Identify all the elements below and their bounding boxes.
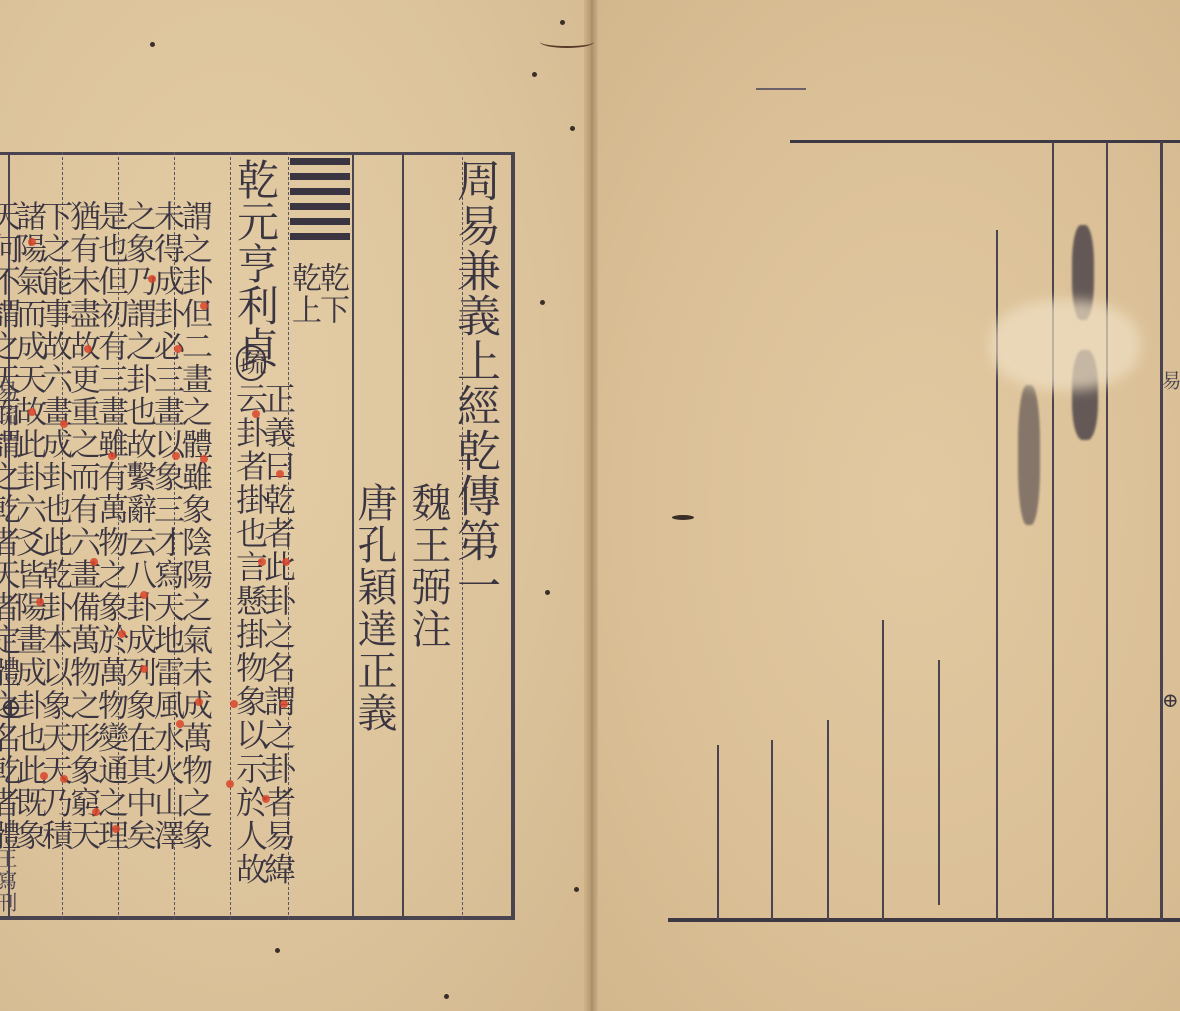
ink-smudge: [1018, 385, 1040, 525]
red-punctuation-dot: [140, 665, 148, 673]
red-punctuation-dot: [60, 420, 68, 428]
red-punctuation-dot: [176, 720, 184, 728]
paper-speck: [560, 20, 565, 25]
red-punctuation-dot: [282, 558, 290, 566]
right-margin-label: 易: [1160, 370, 1180, 392]
red-punctuation-dot: [276, 470, 284, 478]
column-rule: [882, 620, 884, 920]
commentary-marker: 疏: [236, 345, 266, 381]
book-gutter: [584, 0, 598, 1011]
fishtail-ornament-icon: ⊕: [1162, 690, 1179, 710]
column-rule: [938, 660, 940, 905]
fishtail-ornament-icon: ⊕: [0, 695, 22, 721]
body-column-4: 未得成卦必三畫以象三才寫天地雷風水火山澤: [150, 200, 181, 852]
paper-repair-stain: [990, 300, 1140, 390]
red-punctuation-dot: [230, 700, 238, 708]
red-punctuation-dot: [140, 591, 148, 599]
paper-speck: [275, 948, 280, 953]
red-punctuation-dot: [174, 345, 182, 353]
trigram-upper: 乾上: [288, 262, 318, 326]
red-punctuation-dot: [118, 630, 126, 638]
red-punctuation-dot: [36, 598, 44, 606]
red-punctuation-dot: [90, 558, 98, 566]
red-punctuation-dot: [200, 455, 208, 463]
right-frame-edge: [1160, 142, 1163, 920]
right-frame-top-rule: [790, 140, 1180, 143]
red-punctuation-dot: [200, 302, 208, 310]
red-punctuation-dot: [172, 452, 180, 460]
red-punctuation-dot: [84, 345, 92, 353]
paper-speck: [532, 72, 537, 77]
red-punctuation-dot: [258, 558, 266, 566]
red-punctuation-dot: [226, 780, 234, 788]
column-rule: [402, 152, 404, 920]
red-punctuation-dot: [112, 825, 120, 833]
red-punctuation-dot: [195, 698, 203, 706]
book-title: 周易兼義上經乾傳第一: [452, 158, 496, 608]
column-rule: [717, 745, 719, 920]
red-punctuation-dot: [280, 700, 288, 708]
column-rule: [1052, 142, 1054, 920]
red-punctuation-dot: [28, 408, 36, 416]
paper-speck: [570, 126, 575, 131]
paper-speck: [444, 994, 449, 999]
column-rule: [1106, 142, 1108, 920]
margin-label: 易疏一: [0, 380, 16, 452]
commentator-credit: 魏王弼注: [408, 482, 448, 650]
red-punctuation-dot: [252, 410, 260, 418]
column-rule: [827, 720, 829, 920]
subcommentator-credit: 唐孔穎達正義: [354, 482, 394, 734]
paper-speck: [150, 42, 155, 47]
right-page: [594, 0, 1180, 1011]
paper-crack: [540, 36, 594, 48]
red-punctuation-dot: [40, 772, 48, 780]
ink-mark: [672, 515, 694, 520]
body-column-2: 云卦者掛也言懸掛物象以示於人故: [234, 382, 266, 886]
paper-speck: [540, 300, 545, 305]
hexagram-judgment: 乾元亨利貞: [234, 158, 276, 368]
red-punctuation-dot: [262, 795, 270, 803]
red-punctuation-dot: [28, 238, 36, 246]
red-punctuation-dot: [92, 808, 100, 816]
body-column-10: 天何不謂之天而謂之乾者天者定體之名乾者體: [0, 200, 17, 852]
paper-speck: [574, 887, 579, 892]
red-punctuation-dot: [108, 452, 116, 460]
paper-speck: [545, 590, 550, 595]
carver-mark: 王寫刊: [0, 848, 16, 914]
hexagram-qian-icon: [290, 158, 350, 240]
red-punctuation-dot: [148, 275, 156, 283]
column-rule: [771, 740, 773, 920]
right-frame-bottom-rule: [668, 918, 1180, 922]
faint-rule: [756, 88, 806, 90]
commentary-marker-label: 疏: [236, 345, 266, 381]
red-punctuation-dot: [60, 775, 68, 783]
